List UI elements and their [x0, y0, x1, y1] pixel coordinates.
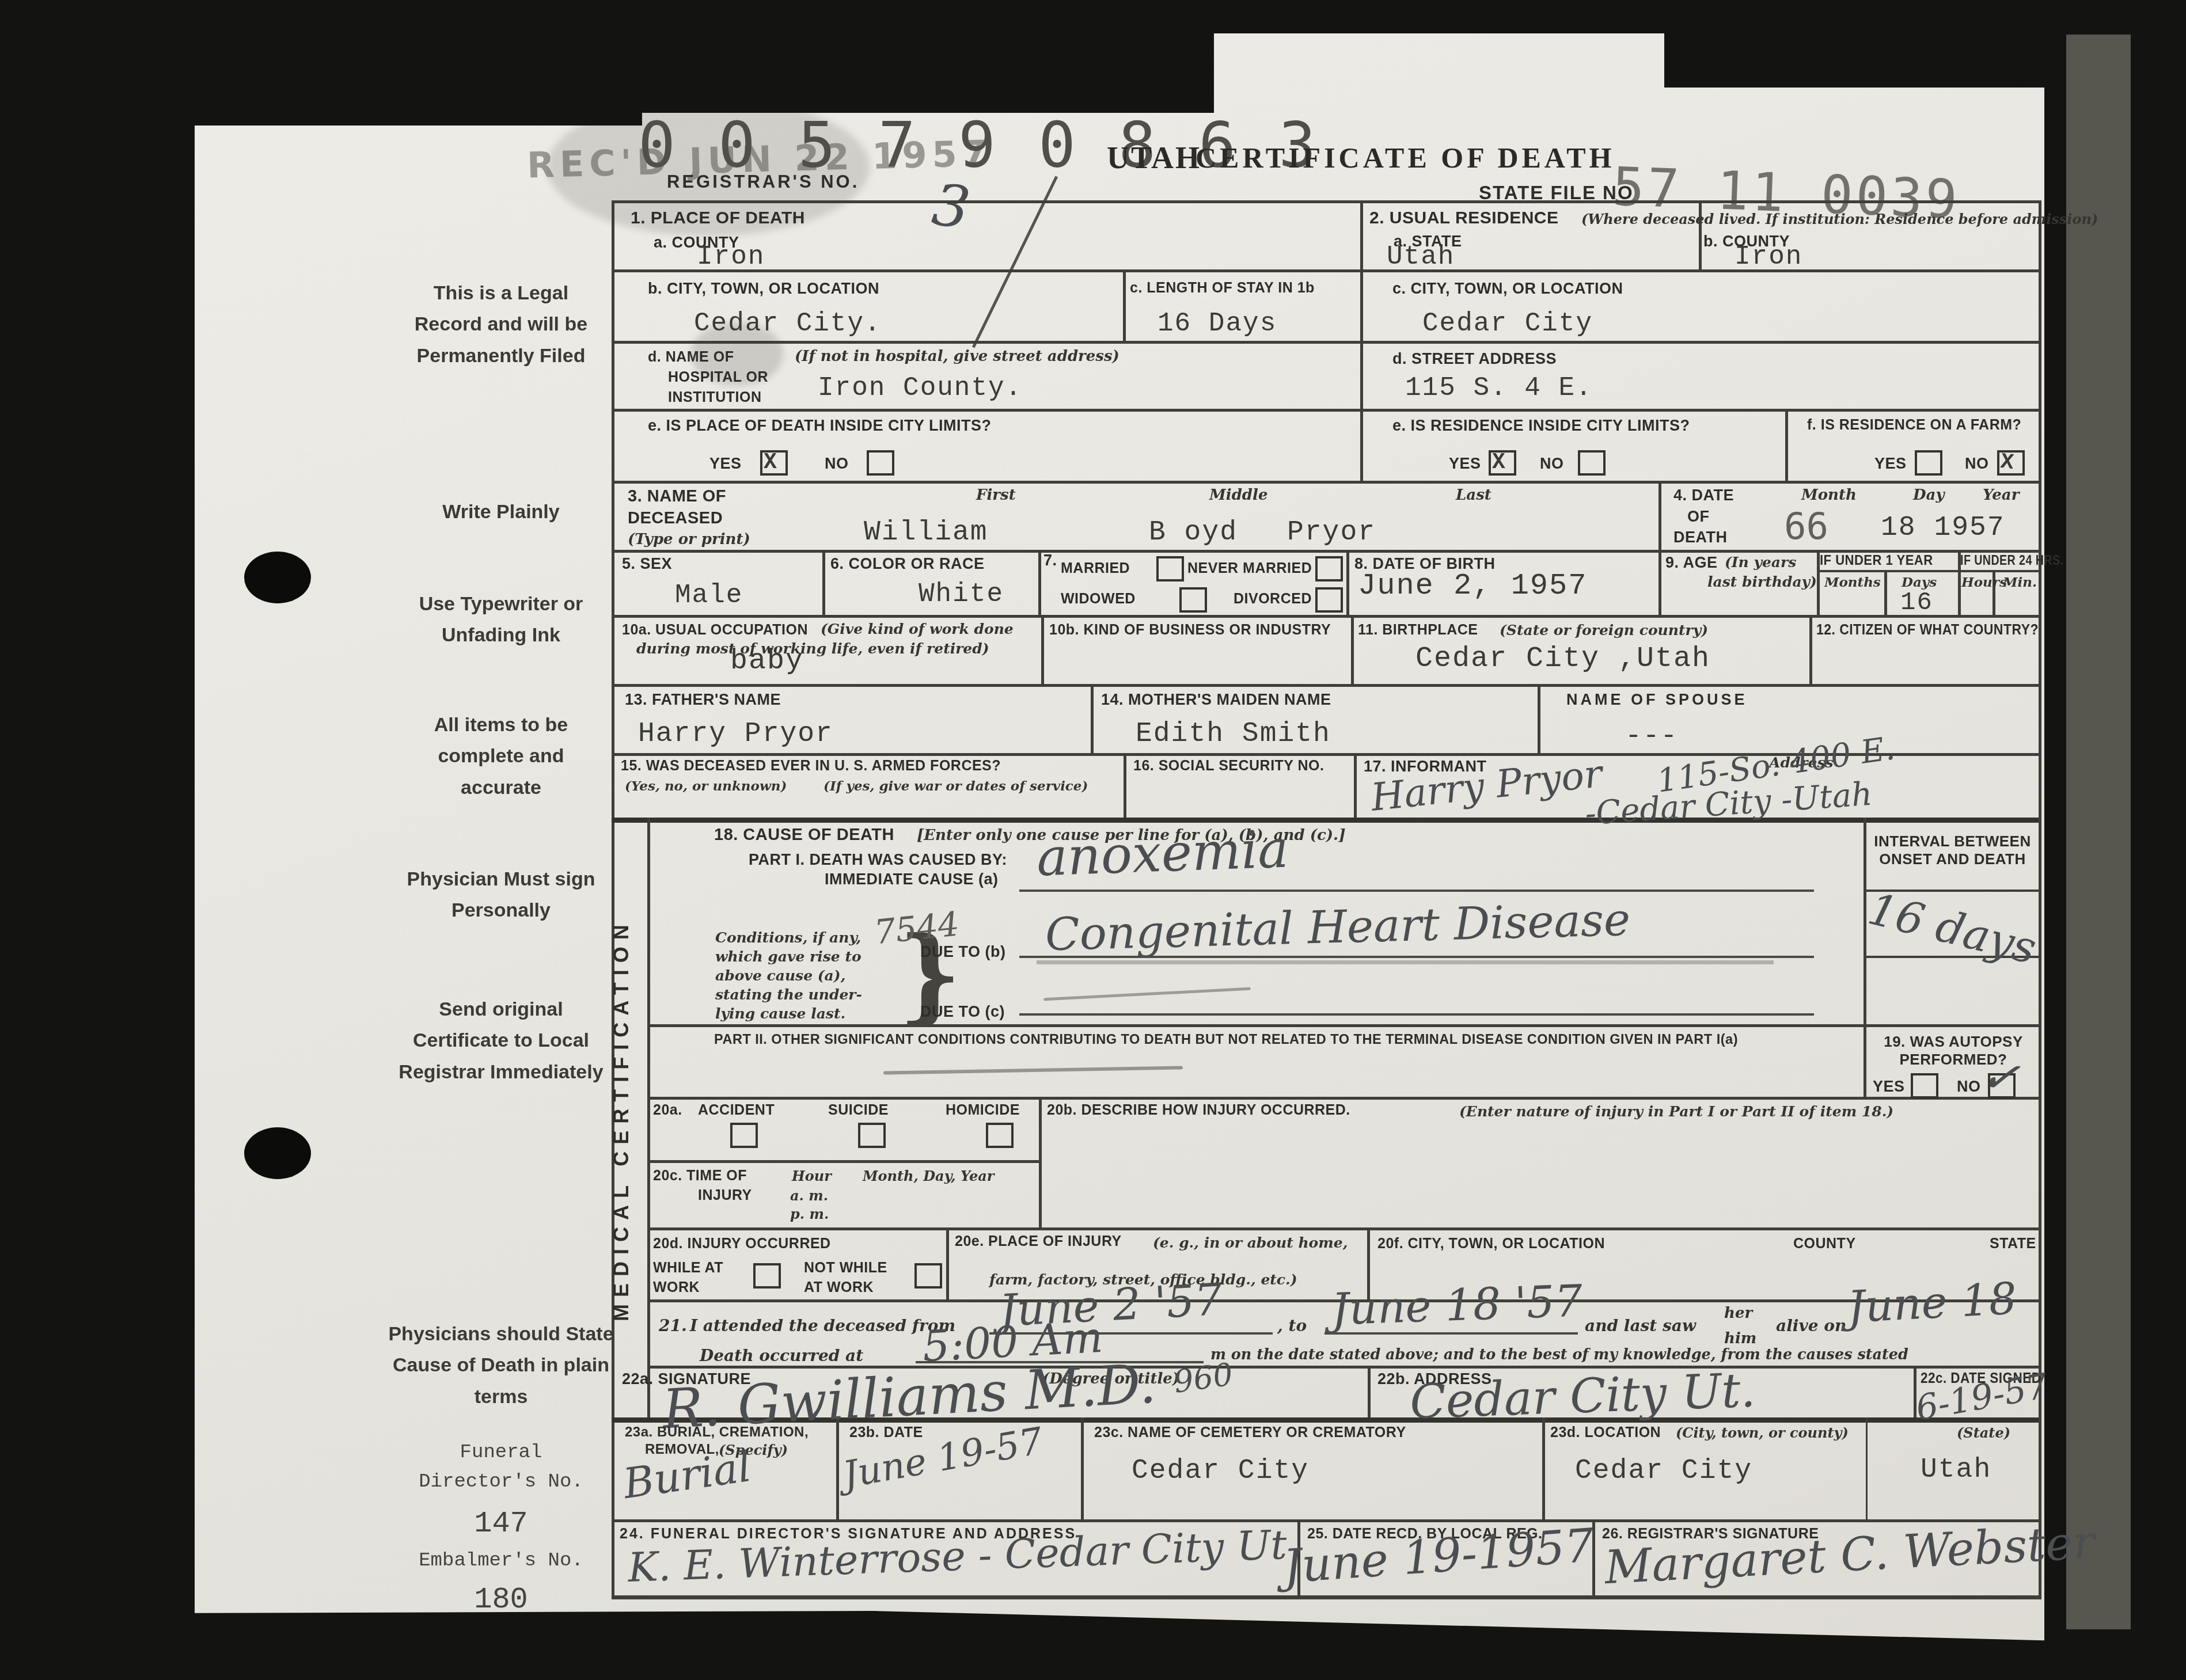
embalmer-no-value: 180 [403, 1578, 599, 1622]
scan-border-top-left-blob [130, 0, 642, 126]
no-label: NO [1957, 1078, 1981, 1096]
cause-a-value: anoxemia [1035, 819, 1289, 888]
length-of-stay-value: 16 Days [1157, 309, 1277, 339]
margin-note-complete: All items to be complete and accurate [397, 709, 605, 803]
burial-label: 23a. BURIAL, CREMATION, [625, 1424, 809, 1440]
residence-limits-yes-mark: X [1492, 450, 1505, 475]
if-under-1-year-label: IF UNDER 1 YEAR [1820, 553, 1933, 569]
grid-line [1123, 269, 1126, 341]
months-header: Months [1824, 575, 1881, 590]
grid-line [1817, 570, 2039, 572]
cemetery-value: Cedar City [1132, 1455, 1309, 1487]
place-of-injury-hint: (e. g., in or about home, [1153, 1234, 1348, 1251]
burial-state-value: Utah [1921, 1454, 1991, 1485]
sex-label: 5. SEX [622, 555, 672, 573]
occupation-value: baby [730, 645, 804, 678]
scan-border-left [0, 0, 195, 1680]
margin-note-plain-terms: Physicians should State Cause of Death i… [380, 1318, 622, 1412]
medical-certification-label: MEDICAL CERTIFICATION [609, 824, 646, 1415]
divorced-label: DIVORCED [1234, 591, 1312, 607]
hours-header: Hours [1961, 575, 2007, 590]
hospital-label: INSTITUTION [668, 389, 761, 406]
age-hint: last birthday) [1707, 573, 1817, 590]
funeral-director-no-value: 147 [403, 1502, 599, 1546]
street-address-value: 115 S. 4 E. [1405, 373, 1593, 403]
day-header: Day [1913, 486, 1945, 504]
death-limits-yes-mark: X [764, 450, 777, 475]
not-while-at-work-checkbox [914, 1263, 942, 1288]
occupation-label: 10a. USUAL OCCUPATION [622, 622, 808, 638]
usual-residence-hint: (Where deceased lived. If institution: R… [1581, 211, 2098, 227]
armed-forces-hint: (Yes, no, or unknown) [625, 778, 787, 794]
married-label: MARRIED [1061, 560, 1130, 577]
year-header: Year [1983, 486, 2019, 504]
widowed-checkbox [1179, 587, 1207, 613]
death-occurred-text: Death occurred at [700, 1346, 863, 1365]
burial-location-value: Cedar City [1575, 1455, 1752, 1487]
hour-header: Hour [792, 1168, 832, 1184]
grid-line [612, 818, 2039, 823]
adjacent-page-edge [2066, 35, 2131, 1629]
birthplace-label: 11. BIRTHPLACE [1358, 622, 1478, 638]
at-work-label: AT WORK [804, 1279, 874, 1296]
yes-label: YES [1873, 1078, 1905, 1096]
father-name-label: 13. FATHER'S NAME [625, 691, 781, 709]
widowed-label: WIDOWED [1061, 591, 1136, 607]
accident-label: ACCIDENT [698, 1102, 775, 1119]
accident-checkbox [730, 1123, 758, 1148]
spouse-name-label: NAME OF SPOUSE [1566, 691, 1748, 709]
spouse-name-value: --- [1625, 721, 1678, 752]
cause-of-death-label: 18. CAUSE OF DEATH [714, 826, 894, 845]
month-day-year-header: Month, Day, Year [863, 1168, 995, 1184]
her-him-text: her [1724, 1305, 1752, 1322]
hospital-hint: (If not in hospital, give street address… [795, 348, 1119, 365]
punch-hole [244, 552, 311, 603]
grid-line [1039, 1097, 1042, 1227]
married-checkbox [1156, 556, 1184, 581]
pen-underline [1037, 960, 1774, 964]
grid-line [1542, 1417, 1545, 1519]
grid-line [1038, 550, 1041, 615]
suicide-checkbox [858, 1123, 886, 1148]
work-label: WORK [653, 1279, 700, 1296]
attended-num: 21. [659, 1316, 687, 1335]
street-address-label: d. STREET ADDRESS [1392, 350, 1557, 368]
injury-county-header: COUNTY [1793, 1236, 1856, 1252]
residence-state-value: Utah [1387, 242, 1455, 272]
citizen-label: 12. CITIZEN OF WHAT COUNTRY? [1816, 622, 2039, 638]
grid-line [1884, 570, 1887, 615]
burial-location-hint: (City, town, or county) [1676, 1424, 1849, 1441]
armed-forces-label: 15. WAS DECEASED EVER IN U. S. ARMED FOR… [621, 758, 1001, 774]
accident-suicide-num: 20a. [653, 1102, 682, 1119]
grid-line [1809, 615, 1812, 684]
describe-injury-label: 20b. DESCRIBE HOW INJURY OCCURRED. [1047, 1102, 1350, 1119]
burial-date-label: 23b. DATE [849, 1424, 923, 1441]
her-him-text: him [1724, 1330, 1756, 1347]
race-value: White [919, 579, 1004, 609]
name-of-deceased-label: DECEASED [628, 509, 723, 528]
grid-line [647, 1097, 2039, 1100]
sex-value: Male [675, 580, 743, 610]
grid-line [612, 341, 2039, 344]
father-name-value: Harry Pryor [638, 719, 833, 750]
grid-line [612, 1519, 2039, 1522]
grid-line [612, 684, 2039, 687]
homicide-checkbox [986, 1123, 1014, 1148]
grid-line [612, 200, 2041, 203]
grid-line [647, 1160, 1039, 1163]
grid-line [946, 1227, 949, 1299]
first-name-header: First [976, 486, 1016, 504]
pm-label: p. m. [790, 1206, 829, 1222]
age-days-value: 16 [1900, 588, 1933, 617]
birthplace-hint: (State or foreign country) [1500, 622, 1708, 638]
funeral-director-no-label: Funeral Director's No. [403, 1438, 599, 1497]
no-label: NO [1540, 455, 1564, 473]
never-married-checkbox [1315, 556, 1343, 581]
yes-label: YES [1874, 455, 1907, 473]
injury-city-label: 20f. CITY, TOWN, OR LOCATION [1377, 1236, 1605, 1252]
grid-line [1538, 684, 1540, 753]
while-at-work-checkbox [753, 1263, 781, 1288]
divorced-checkbox [1315, 587, 1343, 613]
month-header: Month [1801, 486, 1857, 504]
injury-occurred-label: 20d. INJURY OCCURRED [653, 1236, 831, 1252]
interval-label: INTERVAL BETWEEN ONSET AND DEATH [1870, 833, 2035, 868]
scanned-death-certificate: This is a Legal Record and will be Perma… [0, 0, 2186, 1680]
grid-line [1041, 615, 1044, 684]
suicide-label: SUICIDE [828, 1102, 889, 1119]
mother-name-value: Edith Smith [1136, 719, 1331, 750]
part2-label: PART II. OTHER SIGNIFICANT CONDITIONS CO… [714, 1032, 1738, 1048]
middle-name-header: Middle [1209, 486, 1267, 504]
days-header: Days [1902, 575, 1937, 590]
marital-num: 7. [1043, 552, 1057, 569]
margin-note-legal-record: This is a Legal Record and will be Perma… [397, 278, 605, 371]
age-hint: (In years [1725, 554, 1796, 571]
punch-hole [244, 1127, 311, 1179]
page-title: CERTIFICATE OF DEATH [1196, 141, 1615, 174]
birthplace-value: Cedar City ,Utah [1415, 643, 1710, 675]
date-of-death-label: OF [1687, 508, 1710, 526]
grid-line [1785, 409, 1788, 481]
residence-limits-no-checkbox [1578, 450, 1606, 476]
no-label: NO [825, 455, 849, 473]
attended-to-text: , to [1277, 1316, 1307, 1335]
autopsy-yes-checkbox [1911, 1073, 1938, 1099]
blank-line-a [1019, 890, 1814, 892]
armed-forces-hint: (If yes, give war or dates of service) [823, 778, 1088, 794]
business-label: 10b. KIND OF BUSINESS OR INDUSTRY [1049, 622, 1331, 638]
embalmer-no-label: Embalmer's No. [403, 1546, 599, 1576]
time-of-injury-label: 20c. TIME OF [653, 1168, 747, 1184]
middle-name-value: B oyd [1149, 517, 1238, 548]
due-to-b-label: DUE TO (b) [920, 943, 1006, 961]
county-value: Iron [697, 242, 765, 272]
burial-location-label: 23d. LOCATION [1550, 1424, 1661, 1441]
injury-state-header: STATE [1990, 1236, 2036, 1252]
place-of-injury-label: 20e. PLACE OF INJURY [955, 1233, 1122, 1250]
grid-line [1091, 684, 1094, 753]
causes-stated-text: m on the date stated above; and to the b… [1210, 1346, 1908, 1363]
while-at-label: WHILE AT [653, 1260, 723, 1276]
hospital-label: d. NAME OF [648, 349, 734, 366]
farm-no-mark: X [1999, 450, 2015, 476]
attended-text: I attended the deceased from [690, 1316, 955, 1335]
grid-line [647, 1024, 2039, 1027]
name-type-hint: (Type or print) [628, 531, 750, 548]
grid-line [612, 269, 2039, 272]
yes-label: YES [1449, 455, 1481, 473]
attended-to-value: June 18 '57 [1331, 1275, 1584, 1335]
place-of-death-title: 1. PLACE OF DEATH [631, 208, 805, 228]
hospital-label: HOSPITAL OR [668, 369, 768, 386]
grid-line [612, 481, 2039, 484]
last-saw-text: and last saw [1585, 1316, 1696, 1335]
date-of-birth-value: June 2, 1957 [1358, 569, 1587, 603]
city-label: b. CITY, TOWN, OR LOCATION [648, 280, 879, 298]
race-label: 6. COLOR OR RACE [830, 555, 985, 573]
due-to-c-label: DUE TO (c) [920, 1003, 1005, 1021]
residence-city-label: c. CITY, TOWN, OR LOCATION [1392, 280, 1623, 298]
grid-line [647, 1227, 2039, 1230]
date-of-death-label: DEATH [1673, 529, 1728, 546]
time-of-injury-label: INJURY [698, 1187, 752, 1204]
city-value: Cedar City. [694, 309, 882, 339]
never-married-label: NEVER MARRIED [1187, 560, 1312, 577]
not-while-label: NOT WHILE [804, 1260, 887, 1276]
last-alive-value: June 18 [1846, 1272, 2018, 1332]
margin-note-send-original: Send original Certificate to Local Regis… [397, 994, 605, 1088]
grid-line [1866, 1417, 1868, 1519]
last-name-value: Pryor [1287, 517, 1376, 548]
grid-line [836, 1417, 839, 1519]
scan-border-top-mid [639, 0, 1214, 113]
length-of-stay-label: c. LENGTH OF STAY IN 1b [1130, 280, 1315, 297]
alive-on-text: alive on [1776, 1316, 1846, 1335]
residence-city-value: Cedar City [1422, 309, 1593, 339]
grid-line [647, 818, 650, 1417]
occupation-hint: (Give kind of work done [821, 621, 1014, 637]
ssn-label: 16. SOCIAL SECURITY NO. [1133, 758, 1324, 774]
death-month-value: 66 [1784, 505, 1828, 548]
title-state: UTAH [1107, 140, 1201, 176]
date-of-death-label: 4. DATE [1673, 486, 1734, 504]
last-name-header: Last [1456, 486, 1492, 504]
margin-note-physician-sign: Physician Must sign Personally [397, 864, 605, 926]
margin-note-typewriter: Use Typewriter or Unfading Ink [397, 588, 605, 651]
blank-line-c [1019, 1013, 1814, 1016]
grid-line [612, 409, 2039, 412]
margin-note-write-plainly: Write Plainly [397, 496, 605, 527]
cemetery-label: 23c. NAME OF CEMETERY OR CREMATORY [1094, 1424, 1406, 1441]
min-header: Min. [2003, 575, 2037, 590]
grid-line [1346, 550, 1349, 615]
residence-county-value: Iron [1735, 242, 1802, 272]
am-label: a. m. [790, 1187, 828, 1204]
grid-line [1354, 753, 1357, 818]
hospital-value: Iron County. [818, 373, 1022, 403]
farm-yes-checkbox [1915, 450, 1942, 476]
grid-line [1368, 1366, 1371, 1417]
grid-line [822, 550, 825, 615]
death-limits-no-checkbox [867, 450, 894, 476]
grid-line [1124, 753, 1126, 818]
autopsy-no-mark: ✓ [1978, 1048, 2023, 1106]
if-under-24-hrs-label: IF UNDER 24 HRS. [1960, 553, 2063, 569]
grid-line [612, 1595, 2041, 1599]
immediate-cause-label: IMMEDIATE CAUSE (a) [825, 871, 999, 888]
grid-line [1351, 615, 1354, 684]
yes-label: YES [709, 455, 742, 473]
part1-label: PART I. DEATH WAS CAUSED BY: [749, 851, 1007, 869]
registrar-no-label: REGISTRAR'S NO. [667, 172, 859, 192]
first-name-value: William [864, 517, 988, 548]
grid-line [1360, 200, 1363, 481]
residence-city-limits-label: e. IS RESIDENCE INSIDE CITY LIMITS? [1392, 417, 1690, 435]
residence-farm-label: f. IS RESIDENCE ON A FARM? [1807, 417, 2021, 434]
no-label: NO [1965, 455, 1989, 473]
grid-line [1081, 1417, 1084, 1519]
homicide-label: HOMICIDE [946, 1102, 1020, 1119]
age-label: 9. AGE [1665, 554, 1718, 572]
grid-line [1659, 481, 1661, 615]
mother-name-label: 14. MOTHER'S MAIDEN NAME [1101, 691, 1331, 709]
grid-line [612, 615, 2039, 618]
occupation-hint: during most of working life, even if ret… [636, 640, 989, 657]
burial-state-hint: (State) [1957, 1424, 2010, 1441]
death-city-limits-label: e. IS PLACE OF DEATH INSIDE CITY LIMITS? [648, 417, 992, 435]
name-of-deceased-label: 3. NAME OF [628, 487, 726, 506]
describe-injury-hint: (Enter nature of injury in Part I or Par… [1459, 1103, 1893, 1120]
usual-residence-title: 2. USUAL RESIDENCE [1369, 208, 1559, 228]
death-day-year-value: 18 1957 [1881, 512, 2005, 543]
